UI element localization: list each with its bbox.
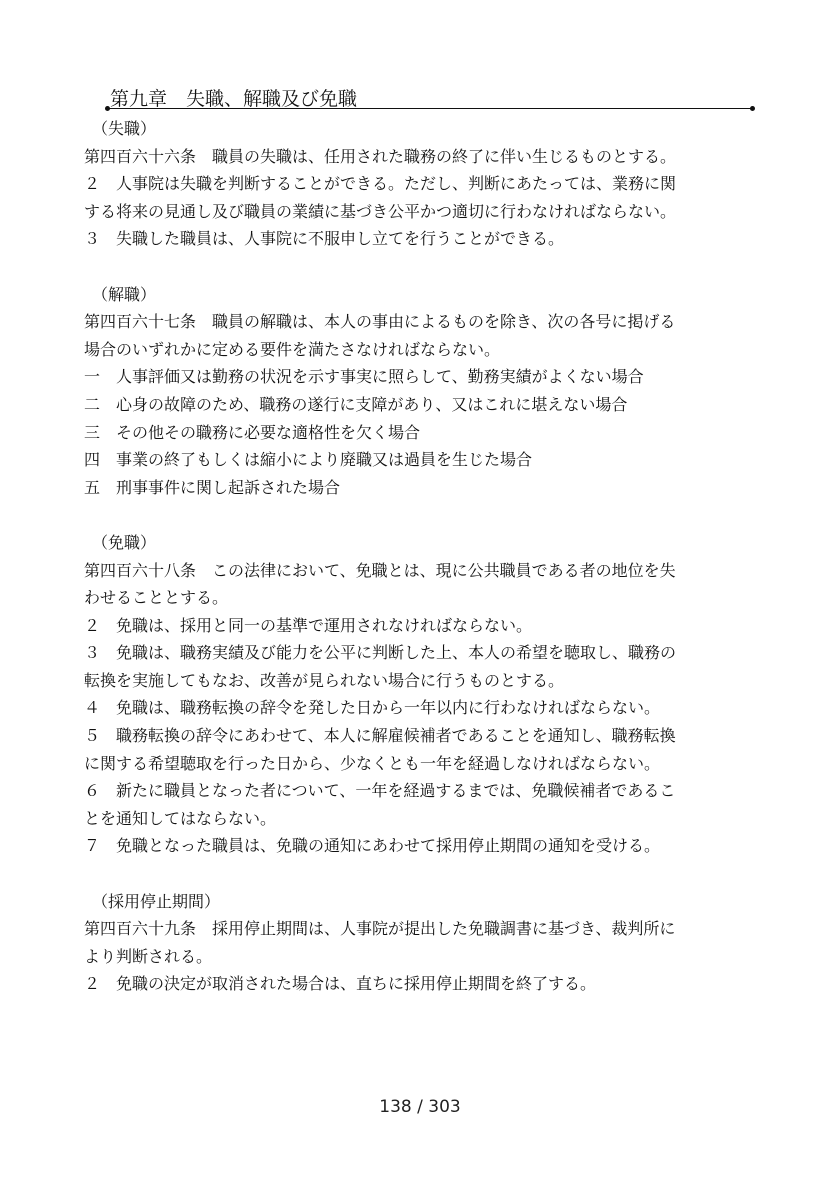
underline-left-dot bbox=[105, 106, 110, 111]
article-line: ２ 免職の決定が取消された場合は、直ちに採用停止期間を終了する。 bbox=[84, 970, 764, 998]
article-line: ５ 職務転換の辞令にあわせて、本人に解雇候補者であることを通知し、職務転換 bbox=[84, 722, 764, 750]
underline-right-dot bbox=[750, 106, 755, 111]
article-line: ７ 免職となった職員は、免職の通知にあわせて採用停止期間の通知を受ける。 bbox=[84, 832, 764, 860]
section-caption: （失職） bbox=[84, 115, 764, 143]
article-line: 場合のいずれかに定める要件を満たさなければならない。 bbox=[84, 336, 764, 364]
section-shisshoku: （失職） 第四百六十六条 職員の失職は、任用された職務の終了に伴い生じるものとす… bbox=[84, 115, 764, 253]
article-line: ２ 人事院は失職を判断することができる。ただし、判断にあたっては、業務に関 bbox=[84, 170, 764, 198]
document-page: 第九章 失職、解職及び免職 （失職） 第四百六十六条 職員の失職は、任用された職… bbox=[0, 0, 840, 1190]
section-saiyou-teishi-kikan: （採用停止期間） 第四百六十九条 採用停止期間は、人事院が提出した免職調書に基づ… bbox=[84, 888, 764, 998]
article-line: 第四百六十八条 この法律において、免職とは、現に公共職員である者の地位を失 bbox=[84, 557, 764, 585]
document-body: （失職） 第四百六十六条 職員の失職は、任用された職務の終了に伴い生じるものとす… bbox=[84, 115, 764, 998]
spacer bbox=[84, 501, 764, 529]
article-item: 一 人事評価又は勤務の状況を示す事実に照らして、勤務実績がよくない場合 bbox=[84, 363, 764, 391]
section-caption: （解職） bbox=[84, 281, 764, 309]
article-line: に関する希望聴取を行った日から、少なくとも一年を経過しなければならない。 bbox=[84, 750, 764, 778]
article-line: より判断される。 bbox=[84, 943, 764, 971]
article-line: ３ 免職は、職務実績及び能力を公平に判断した上、本人の希望を聴取し、職務の bbox=[84, 639, 764, 667]
chapter-title: 第九章 失職、解職及び免職 bbox=[110, 84, 357, 111]
section-kaishoku: （解職） 第四百六十七条 職員の解職は、本人の事由によるものを除き、次の各号に掲… bbox=[84, 281, 764, 502]
article-item: 二 心身の故障のため、職務の遂行に支障があり、又はこれに堪えない場合 bbox=[84, 391, 764, 419]
section-caption: （免職） bbox=[84, 529, 764, 557]
article-line: ２ 免職は、採用と同一の基準で運用されなければならない。 bbox=[84, 612, 764, 640]
article-item: 三 その他その職務に必要な適格性を欠く場合 bbox=[84, 419, 764, 447]
chapter-underline bbox=[107, 108, 752, 109]
spacer bbox=[84, 253, 764, 281]
article-line: 第四百六十七条 職員の解職は、本人の事由によるものを除き、次の各号に掲げる bbox=[84, 308, 764, 336]
section-caption: （採用停止期間） bbox=[84, 888, 764, 916]
article-line: 転換を実施してもなお、改善が見られない場合に行うものとする。 bbox=[84, 667, 764, 695]
article-line: 第四百六十九条 採用停止期間は、人事院が提出した免職調書に基づき、裁判所に bbox=[84, 915, 764, 943]
page-number: 138 / 303 bbox=[0, 1097, 840, 1117]
article-line: ３ 失職した職員は、人事院に不服申し立てを行うことができる。 bbox=[84, 225, 764, 253]
article-item: 五 刑事事件に関し起訴された場合 bbox=[84, 474, 764, 502]
article-item: 四 事業の終了もしくは縮小により廃職又は過員を生じた場合 bbox=[84, 446, 764, 474]
article-line: とを通知してはならない。 bbox=[84, 805, 764, 833]
article-line: ６ 新たに職員となった者について、一年を経過するまでは、免職候補者であるこ bbox=[84, 777, 764, 805]
spacer bbox=[84, 860, 764, 888]
article-line: する将来の見通し及び職員の業績に基づき公平かつ適切に行わなければならない。 bbox=[84, 198, 764, 226]
article-line: わせることとする。 bbox=[84, 584, 764, 612]
article-line: ４ 免職は、職務転換の辞令を発した日から一年以内に行わなければならない。 bbox=[84, 694, 764, 722]
article-line: 第四百六十六条 職員の失職は、任用された職務の終了に伴い生じるものとする。 bbox=[84, 143, 764, 171]
section-menshoku: （免職） 第四百六十八条 この法律において、免職とは、現に公共職員である者の地位… bbox=[84, 529, 764, 860]
